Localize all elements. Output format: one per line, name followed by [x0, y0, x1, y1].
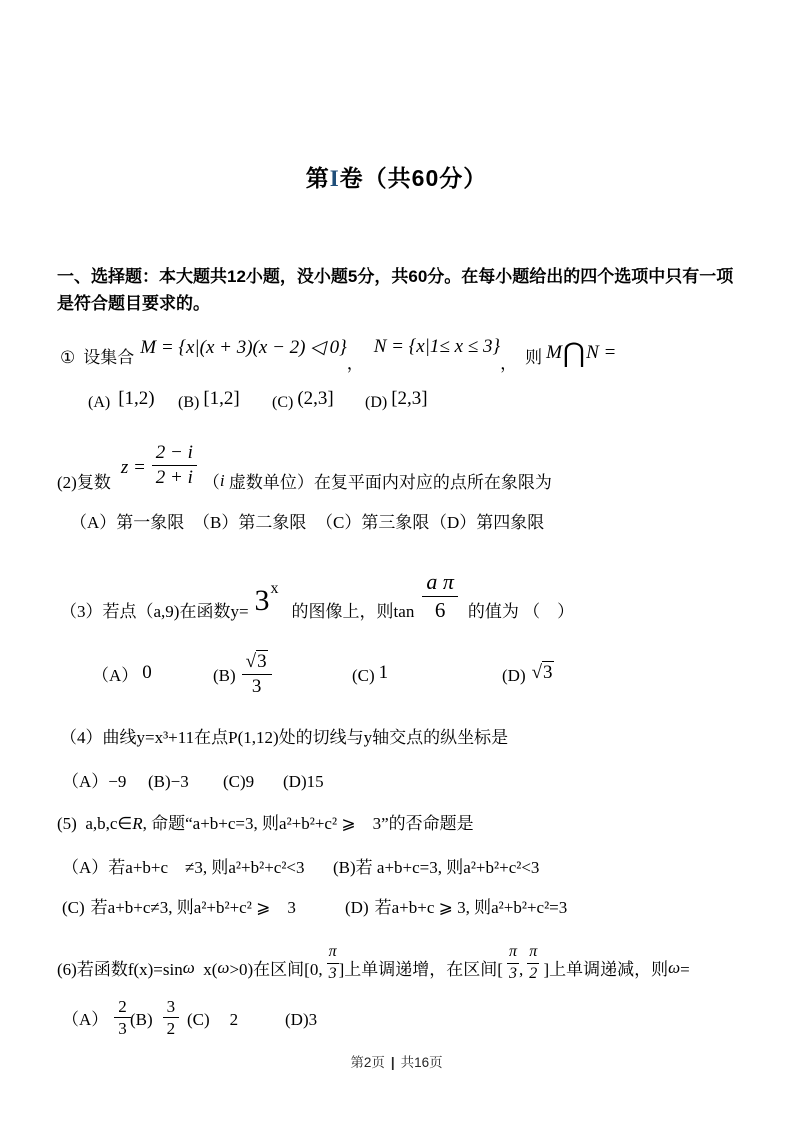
option-d-value: 若a+b+c ⩾ 3, 则a²+b²+c²=3	[375, 896, 568, 921]
pi-over-3-fraction: π 3	[327, 942, 339, 985]
title-roman-numeral: I	[330, 166, 340, 191]
option-b-label: (B)	[333, 856, 356, 881]
option-b-label: （B）	[193, 511, 238, 536]
option-d-label: (D)	[283, 770, 307, 795]
option-b: （B） 第二象限	[193, 511, 306, 536]
option-c: （C） 第三象限	[316, 511, 429, 536]
option-a-label: （A）	[62, 1008, 108, 1033]
option-c: (C) (2,3]	[272, 388, 334, 410]
option-c-value: 1	[379, 662, 389, 684]
fraction-numerator: 3	[163, 996, 180, 1018]
option-a: （A） −9	[62, 770, 126, 795]
option-a-label: (A)	[88, 394, 110, 412]
footer-separator: |	[391, 1055, 395, 1070]
option-c-label: (C)	[187, 1008, 210, 1033]
exponential-expression: 3x	[255, 586, 278, 616]
equals-sign: =	[680, 958, 690, 983]
option-c-label: (C)	[272, 394, 293, 412]
option-b: (B) −3	[148, 770, 189, 795]
question-3-options: （A） 0 (B) √3 3 (C) 1 (D) √3	[0, 650, 793, 710]
question-1-options: (A) [1,2) (B) [1,2] (C) (2,3] (D) [2,3]	[0, 388, 793, 430]
fraction-numerator: 2	[114, 996, 131, 1018]
question-1-lead: 设集合	[83, 346, 134, 371]
question-2: (2)复数 z = 2 − i 2 + i （ i 虚数单位）在复平面内对应的点…	[57, 441, 793, 490]
option-b-value: [1,2]	[203, 388, 239, 410]
question-6-seg3: >0)在区间[0,	[229, 958, 322, 983]
fraction-denominator: 6	[431, 597, 450, 623]
option-d-value: √3	[532, 662, 554, 684]
question-6-seg2: x(	[195, 958, 218, 983]
m-intersect-n-expression: M⋂N =	[546, 336, 616, 364]
option-d-label: (D)	[502, 664, 526, 689]
pi-over-3-fraction: π 3	[507, 942, 519, 985]
option-a-label: （A）	[62, 856, 108, 881]
option-c-label: （C）	[316, 511, 361, 536]
option-d-value: 3	[309, 1008, 318, 1033]
option-c: (C) 2	[187, 996, 238, 1021]
option-a-value: 若a+b+c ≠3, 则a²+b²+c²<3	[108, 856, 304, 881]
fraction-numerator: 2 − i	[152, 441, 197, 466]
option-b-value: 第二象限	[238, 511, 306, 536]
question-5-text: , 命题“a+b+c=3, 则a²+b²+c² ⩾ 3”的否命题是	[143, 814, 474, 833]
question-6-options: （A） 2 3 (B) 3 2 (C) 2 (D) 3	[0, 996, 793, 1046]
section-heading: 一、选择题：本大题共12小题，没小题5分，共60分。在每小题给出的四个选项中只有…	[57, 263, 745, 317]
option-c: (C) 1	[352, 650, 388, 675]
option-a: （A） 第一象限	[70, 511, 184, 536]
option-c-value: 第三象限	[361, 511, 429, 536]
radicand: 3	[542, 661, 554, 683]
option-a-value: 第一象限	[116, 511, 184, 536]
question-3: （3）若点（a,9)在函数y= 3x 的图像上，则tan a π 6 的值为 （…	[60, 566, 793, 621]
fraction-denominator: 2	[527, 964, 539, 985]
question-6: (6)若函数f(x)=sin ω x( ω >0)在区间[0, π 3 ]上单调…	[57, 941, 793, 984]
option-a-label: （A）	[92, 664, 138, 689]
option-a-label: （A）	[62, 770, 108, 795]
title-text-post: 卷（共60分）	[340, 165, 488, 191]
title-text-pre: 第	[306, 165, 330, 191]
option-c: (C) 9	[223, 770, 254, 795]
option-d-label: (D)	[345, 896, 369, 921]
option-c-label: (C)	[62, 896, 85, 921]
option-a-value: 0	[142, 662, 152, 684]
question-6-seg1: (6)若函数f(x)=sin	[57, 958, 183, 983]
intersection-symbol: ⋂	[562, 338, 586, 368]
fraction-numerator: π	[507, 942, 519, 964]
real-numbers-symbol: R	[132, 814, 142, 833]
question-1-number: ①	[60, 346, 75, 371]
option-d: (D) 若a+b+c ⩾ 3, 则a²+b²+c²=3	[345, 896, 567, 921]
question-6-seg6: ]上单调递减，则	[539, 958, 668, 983]
question-3-mid: 的图像上，则tan	[292, 600, 415, 625]
comma-separator: ，	[347, 352, 364, 377]
comma-separator: ，	[500, 352, 517, 377]
fraction-denominator: 3	[248, 675, 266, 699]
option-b-label: (B)	[148, 770, 171, 795]
question-1: ① 设集合 M = {x|(x + 3)(x − 2) ◁ 0} ， N = {…	[60, 336, 793, 364]
question-5-options-row-2: (C) 若a+b+c≠3, 则a²+b²+c² ⩾ 3 (D) 若a+b+c ⩾…	[0, 896, 793, 924]
question-4-text: （4）曲线y=x³+11在点P(1,12)处的切线与y轴交点的纵坐标是	[60, 728, 508, 747]
option-c-label: (C)	[223, 770, 246, 795]
fraction-denominator: 2 + i	[152, 466, 197, 490]
exponent-x: x	[271, 580, 279, 597]
option-a: （A） 0	[92, 650, 152, 675]
option-b: (B) √3 3	[213, 650, 272, 699]
tan-argument-fraction: a π 6	[422, 568, 458, 623]
option-c-label: (C)	[352, 664, 375, 689]
option-b-fraction: 3 2	[163, 996, 180, 1040]
option-b-label: (B)	[178, 394, 199, 412]
option-d-value: 第四象限	[476, 511, 544, 536]
option-c-value: 2	[230, 1008, 239, 1033]
set-m-expression: M = {x|(x + 3)(x − 2) ◁ 0}	[140, 336, 346, 359]
option-a-fraction: 2 3	[114, 996, 131, 1040]
option-d-value: [2,3]	[391, 388, 427, 410]
option-c-value: 9	[246, 770, 255, 795]
fraction-numerator: a π	[422, 568, 458, 597]
option-d: (D) [2,3]	[365, 388, 428, 410]
option-b-label: (B)	[213, 664, 236, 689]
question-4: （4）曲线y=x³+11在点P(1,12)处的切线与y轴交点的纵坐标是	[60, 726, 793, 751]
option-d: (D) √3	[502, 650, 554, 675]
option-c-value: 若a+b+c≠3, 则a²+b²+c² ⩾ 3	[91, 896, 296, 921]
omega-symbol: ω	[217, 958, 229, 978]
option-b: (B) [1,2]	[178, 388, 240, 410]
option-d: （D） 第四象限	[430, 511, 544, 536]
question-3-lead: （3）若点（a,9)在函数y=	[60, 600, 249, 625]
option-d-value: 15	[307, 770, 324, 795]
question-6-seg4: ]上单调递增，在区间[	[339, 958, 503, 983]
question-5-lead: (5) a,b,c∈	[57, 814, 132, 833]
page-footer: 第2页|共16页	[0, 1051, 793, 1071]
set-n-expression: N = {x|1≤ x ≤ 3}	[374, 336, 500, 358]
then-label: 则	[525, 346, 542, 371]
option-a: (A) [1,2)	[88, 388, 155, 410]
question-5-options-row-1: （A） 若a+b+c ≠3, 则a²+b²+c²<3 (B) 若 a+b+c=3…	[0, 856, 793, 884]
omega-symbol: ω	[183, 958, 195, 978]
base-3: 3	[255, 584, 270, 617]
page-title: 第I卷（共60分）	[0, 160, 793, 193]
option-d-label: (D)	[365, 394, 387, 412]
option-a: （A） 若a+b+c ≠3, 则a²+b²+c²<3	[62, 856, 305, 881]
question-2-lead: (2)复数	[57, 471, 111, 496]
fraction-denominator: 3	[327, 964, 339, 985]
fraction-denominator: 3	[114, 1018, 131, 1039]
footer-page-number: 第2页	[350, 1055, 385, 1070]
comma-separator: ,	[519, 958, 523, 983]
fraction-numerator: π	[527, 942, 539, 964]
option-c: (C) 若a+b+c≠3, 则a²+b²+c² ⩾ 3	[62, 896, 296, 921]
footer-total-pages: 共16页	[401, 1055, 443, 1070]
radical-sign: √	[532, 662, 542, 683]
radical-sign: √	[246, 651, 256, 672]
z-equals: z =	[121, 457, 146, 479]
fraction-denominator: 2	[163, 1018, 180, 1039]
fraction-numerator: π	[327, 942, 339, 964]
option-b-value: −3	[171, 770, 189, 795]
fraction-numerator: √3	[242, 650, 272, 675]
fraction-denominator: 3	[507, 964, 519, 985]
radicand: 3	[256, 650, 268, 672]
question-5: (5) a,b,c∈R, 命题“a+b+c=3, 则a²+b²+c² ⩾ 3”的…	[57, 812, 793, 837]
omega-symbol: ω	[668, 958, 680, 978]
option-d-label: (D)	[285, 1008, 309, 1033]
imaginary-note-open: （	[203, 471, 220, 496]
option-b-label: (B)	[130, 1008, 153, 1033]
question-2-options: （A） 第一象限 （B） 第二象限 （C） 第三象限 （D） 第四象限	[0, 511, 793, 541]
option-b-fraction: √3 3	[242, 650, 272, 699]
option-b-value: 若 a+b+c=3, 则a²+b²+c²<3	[356, 856, 540, 881]
option-d-label: （D）	[430, 511, 476, 536]
option-a-value: [1,2)	[118, 388, 154, 410]
exam-page: 第I卷（共60分） 一、选择题：本大题共12小题，没小题5分，共60分。在每小题…	[0, 0, 793, 1122]
option-d: (D) 3	[285, 996, 317, 1021]
option-a: （A） 2 3	[62, 996, 131, 1040]
option-a-label: （A）	[70, 511, 116, 536]
m-symbol: M	[546, 342, 562, 363]
pi-over-2-fraction: π 2	[527, 942, 539, 985]
option-b: (B) 若 a+b+c=3, 则a²+b²+c²<3	[333, 856, 539, 881]
complex-fraction: 2 − i 2 + i	[152, 441, 197, 490]
question-2-tail: 虚数单位）在复平面内对应的点所在象限为	[225, 471, 552, 496]
option-d: (D) 15	[283, 770, 324, 795]
question-4-options: （A） −9 (B) −3 (C) 9 (D) 15	[0, 770, 793, 798]
option-b: (B) 3 2	[130, 996, 179, 1040]
option-c-value: (2,3]	[297, 388, 333, 410]
n-equals: N =	[586, 342, 616, 363]
option-a-value: −9	[108, 770, 126, 795]
question-3-tail: 的值为 （ ）	[468, 600, 574, 625]
